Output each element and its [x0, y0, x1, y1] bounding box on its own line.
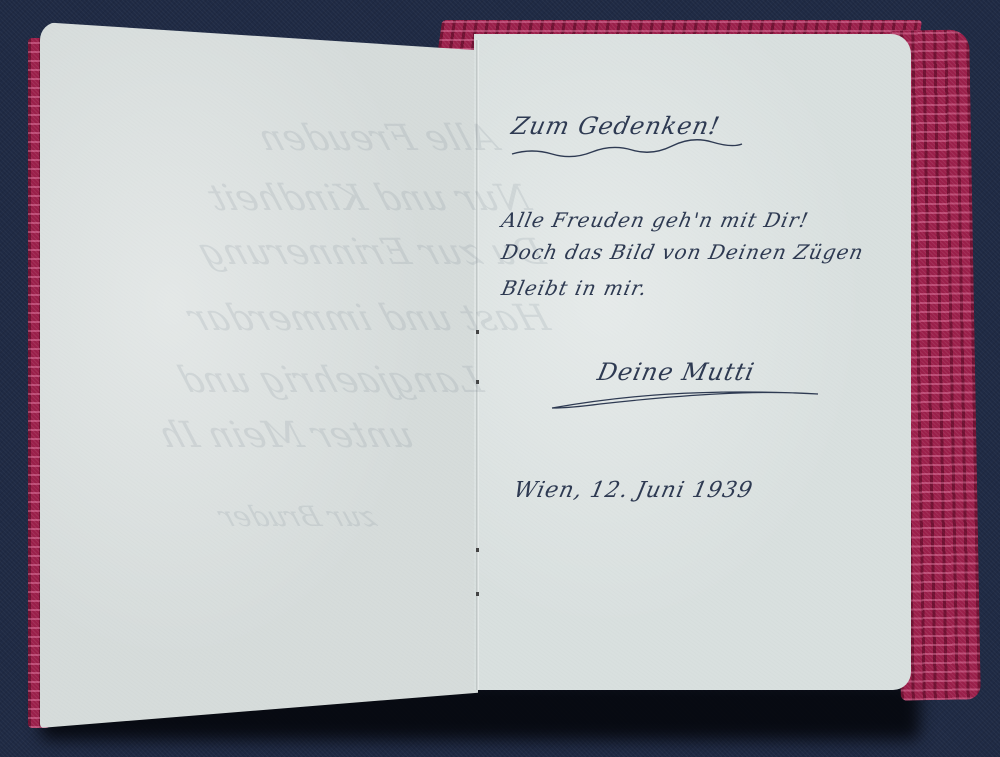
signature-underline [552, 392, 818, 408]
ink-flourishes [0, 0, 1000, 757]
heading-wavy-underline [512, 140, 742, 157]
